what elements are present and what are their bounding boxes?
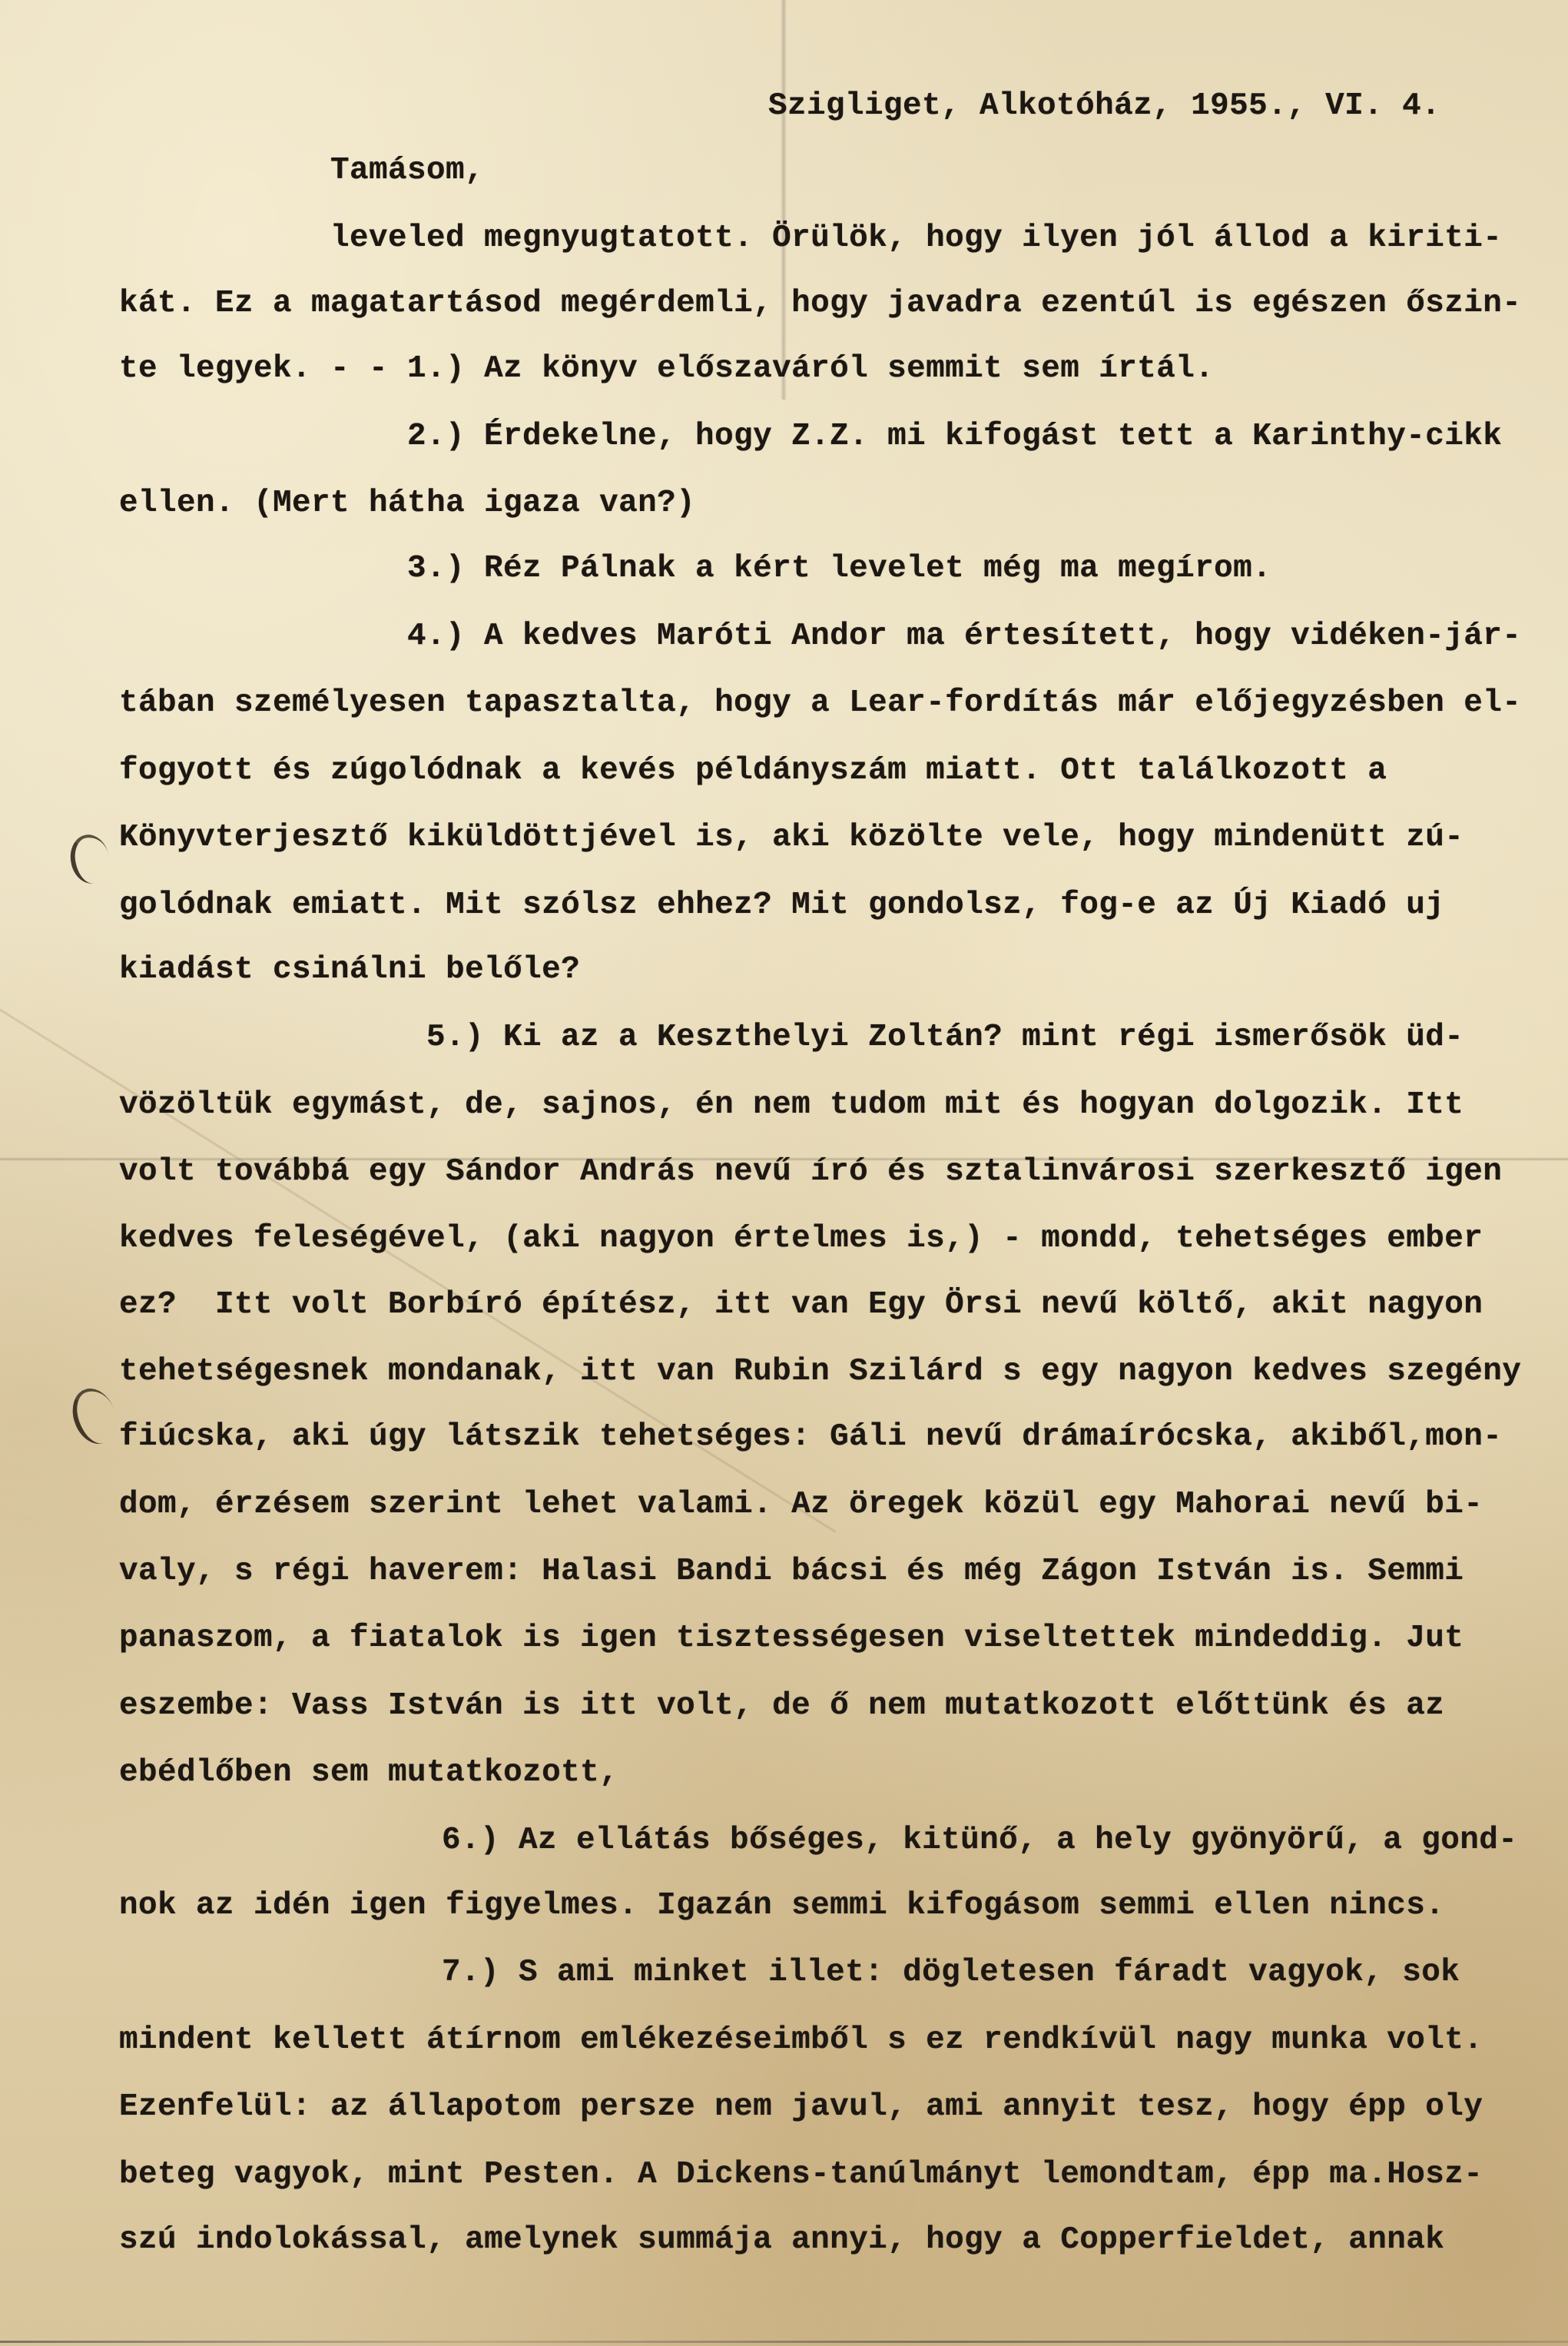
letter-text-line: 7.) S ami minket illet: dögletesen fárad…: [442, 1953, 1460, 1992]
letter-text-line: te legyek. - - 1.) Az könyv előszaváról …: [119, 350, 1214, 388]
letter-text-line: kedves feleségével, (aki nagyon értelmes…: [119, 1219, 1483, 1258]
letter-text-line: leveled megnyugtatott. Örülök, hogy ilye…: [330, 219, 1502, 257]
salutation: Tamásom,: [330, 151, 484, 190]
letter-text-line: 5.) Ki az a Keszthelyi Zoltán? mint régi…: [426, 1018, 1464, 1057]
letter-text-line: 4.) A kedves Maróti Andor ma értesített,…: [407, 617, 1521, 655]
letter-text-line: kiadást csinálni belőle?: [119, 951, 580, 989]
letter-text-line: Könyvterjesztő kiküldöttjével is, aki kö…: [119, 818, 1464, 857]
paper-bottom-edge: [0, 2341, 1568, 2343]
letter-text-line: fogyott és zúgolódnak a kevés példányszá…: [119, 752, 1387, 790]
letter-text-line: beteg vagyok, mint Pesten. A Dickens-tan…: [119, 2155, 1483, 2194]
letter-text-line: vözöltük egymást, de, sajnos, én nem tud…: [119, 1086, 1464, 1124]
ink-stain-mark: [65, 1382, 124, 1450]
letter-text-line: nok az idén igen figyelmes. Igazán semmi…: [119, 1886, 1444, 1925]
letter-text-line: volt továbbá egy Sándor András nevű író …: [119, 1153, 1502, 1191]
ink-stain-mark: [67, 831, 113, 887]
letter-text-line: panaszom, a fiatalok is igen tisztessége…: [119, 1619, 1464, 1657]
letter-text-line: tában személyesen tapasztalta, hogy a Le…: [119, 684, 1521, 722]
letter-text-line: valy, s régi haverem: Halasi Bandi bácsi…: [119, 1552, 1464, 1591]
letter-text-line: dom, érzésem szerint lehet valami. Az ör…: [119, 1485, 1483, 1524]
letter-text-line: ez? Itt volt Borbíró építész, itt van Eg…: [119, 1286, 1483, 1324]
letter-text-line: tehetségesnek mondanak, itt van Rubin Sz…: [119, 1352, 1521, 1391]
letter-text-line: 3.) Réz Pálnak a kért levelet még ma meg…: [407, 549, 1271, 588]
letter-text-line: ellen. (Mert hátha igaza van?): [119, 484, 695, 523]
letter-text-line: Ezenfelül: az állapotom persze nem javul…: [119, 2088, 1483, 2126]
letter-text-line: mindent kellett átírnom emlékezéseimből …: [119, 2021, 1483, 2059]
letter-text-line: kát. Ez a magatartásod megérdemli, hogy …: [119, 284, 1521, 323]
letter-text-line: eszembe: Vass István is itt volt, de ő n…: [119, 1687, 1444, 1725]
letter-text-line: fiúcska, aki úgy látszik tehetséges: Gál…: [119, 1418, 1502, 1456]
vertical-fold-crease: [781, 0, 787, 400]
letter-text-line: 6.) Az ellátás bőséges, kitünő, a hely g…: [442, 1821, 1517, 1860]
letter-text-line: ebédlőben sem mutatkozott,: [119, 1754, 618, 1792]
place-date-header: Szigliget, Alkotóház, 1955., VI. 4.: [768, 87, 1440, 125]
letter-text-line: golódnak emiatt. Mit szólsz ehhez? Mit g…: [119, 886, 1444, 924]
letter-page: Szigliget, Alkotóház, 1955., VI. 4. Tamá…: [0, 0, 1568, 2346]
letter-text-line: szú indolokással, amelynek summája annyi…: [119, 2221, 1444, 2259]
letter-text-line: 2.) Érdekelne, hogy Z.Z. mi kifogást tet…: [407, 417, 1502, 456]
